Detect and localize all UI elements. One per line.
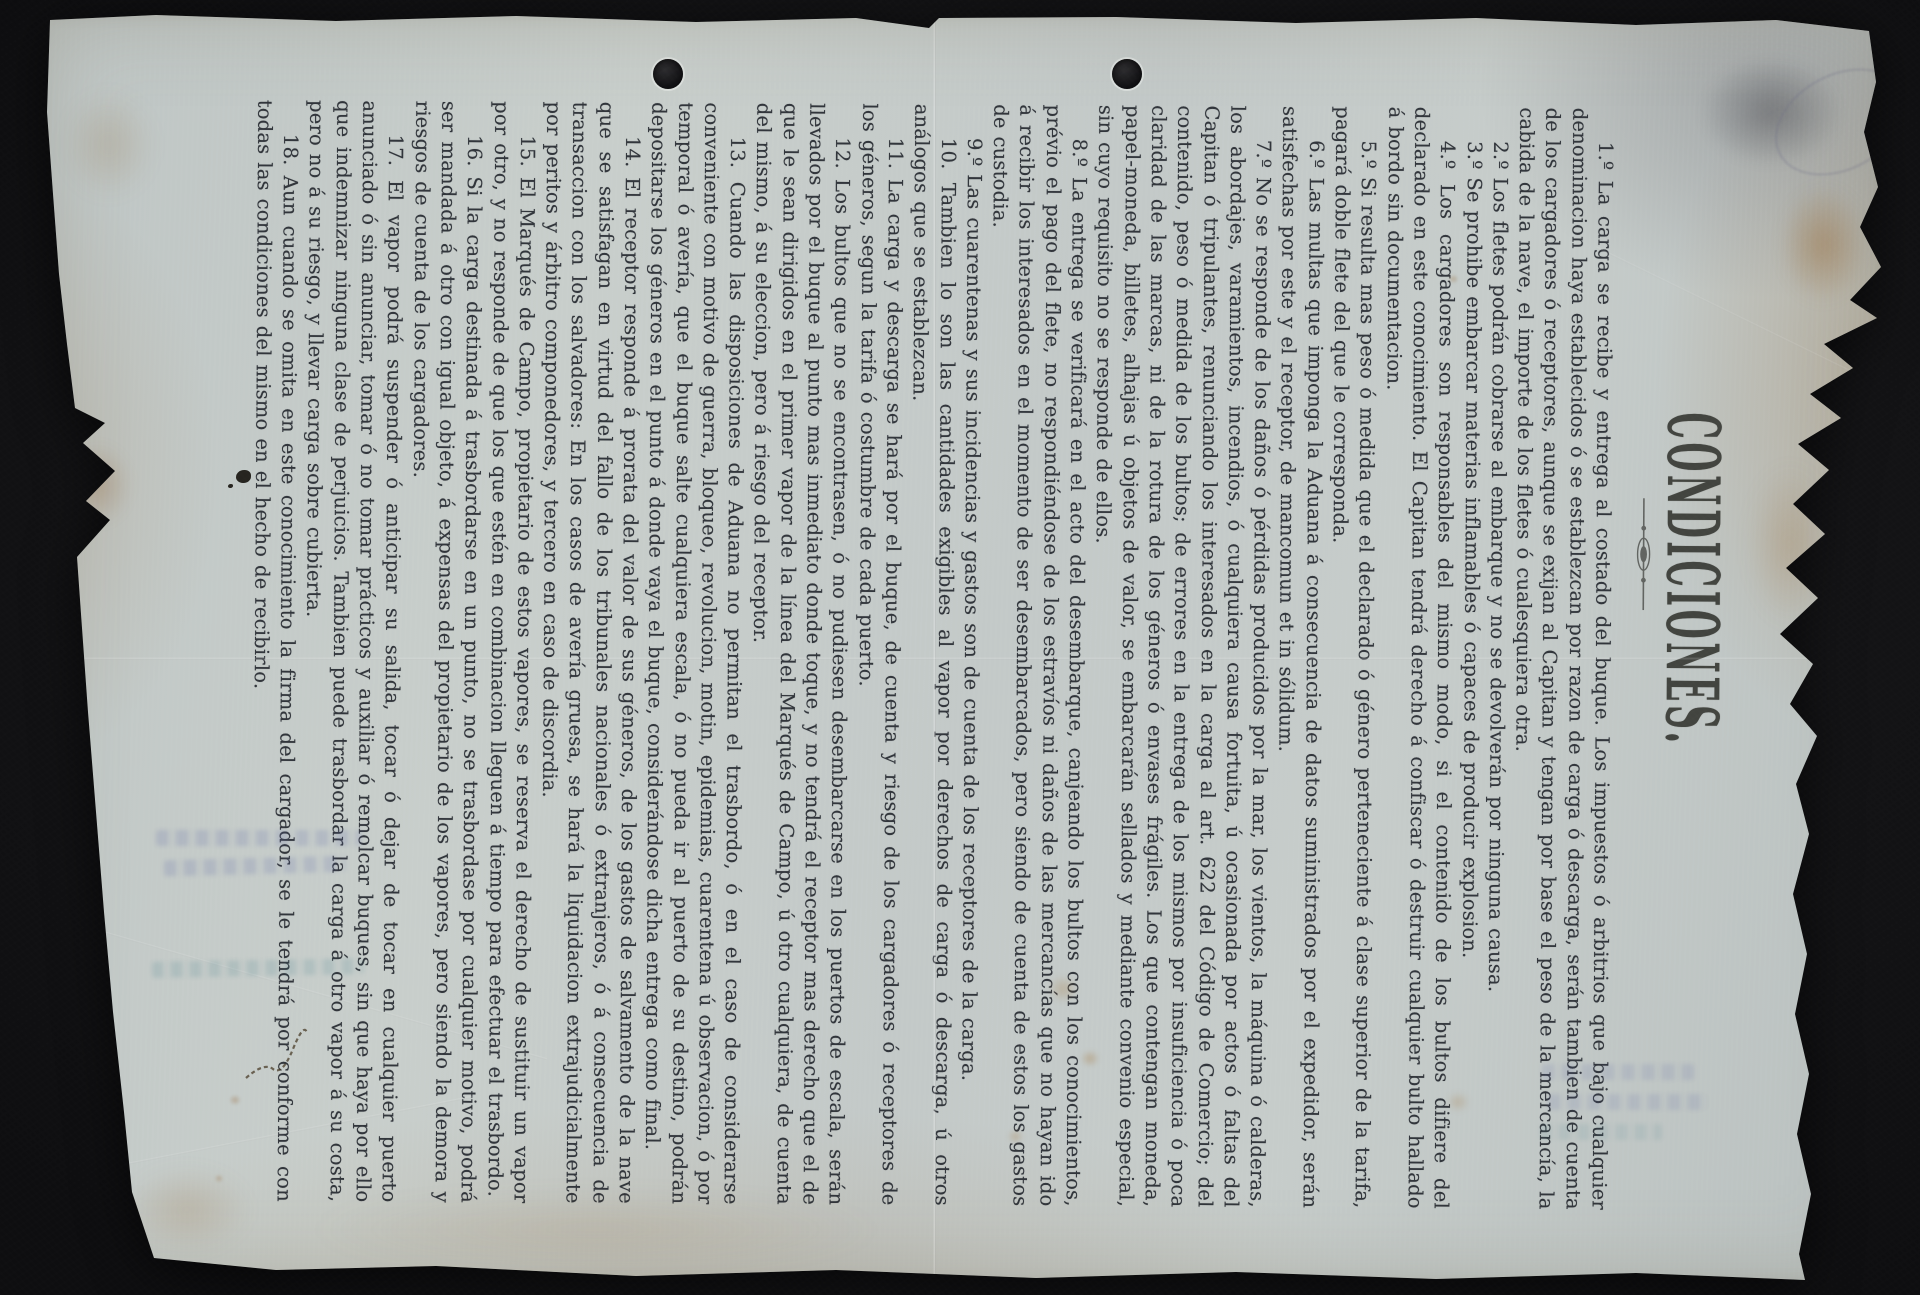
clause-paragraph: 10. Tambien lo son las cantidades exigib… [902,104,961,1206]
vertical-fold-crease [933,12,936,1284]
horizontal-fold-crease [36,657,1884,660]
clause-paragraph: 15. El Marqués de Campo, propietario de … [481,101,540,1203]
clause-paragraph: 11. La carga y descarga se hará por el b… [849,103,908,1205]
clause-paragraph: 13. Cuando las disposiciones de Aduana n… [639,102,751,1205]
punch-hole [1112,59,1142,89]
document-paper: CONDICIONES. 1.º La carga se recibe y en… [36,12,1884,1284]
ghost-stamp [1540,1124,1662,1140]
ink-blot [236,470,251,483]
document-title: CONDICIONES. [1649,412,1736,747]
ghost-stamp [156,830,361,846]
title-ornament-icon [1631,498,1656,610]
ghost-stamp [1548,1094,1708,1110]
clauses-block: 1.º La carga se recibe y entrega al cost… [244,100,1618,1210]
scanner-background: CONDICIONES. 1.º La carga se recibe y en… [0,0,1920,1295]
ghost-stamp [1542,1064,1694,1080]
clause-paragraph: 14. El receptor responde á prorata del v… [533,101,645,1204]
ink-scribble [240,1018,320,1090]
clause-paragraph: 8.º La entrega se verificará en el acto … [980,104,1092,1207]
punch-hole [653,59,683,89]
ink-blot [228,484,233,488]
clause-paragraph: 12. Los bultos que no se encontrasen, ó … [744,103,856,1206]
